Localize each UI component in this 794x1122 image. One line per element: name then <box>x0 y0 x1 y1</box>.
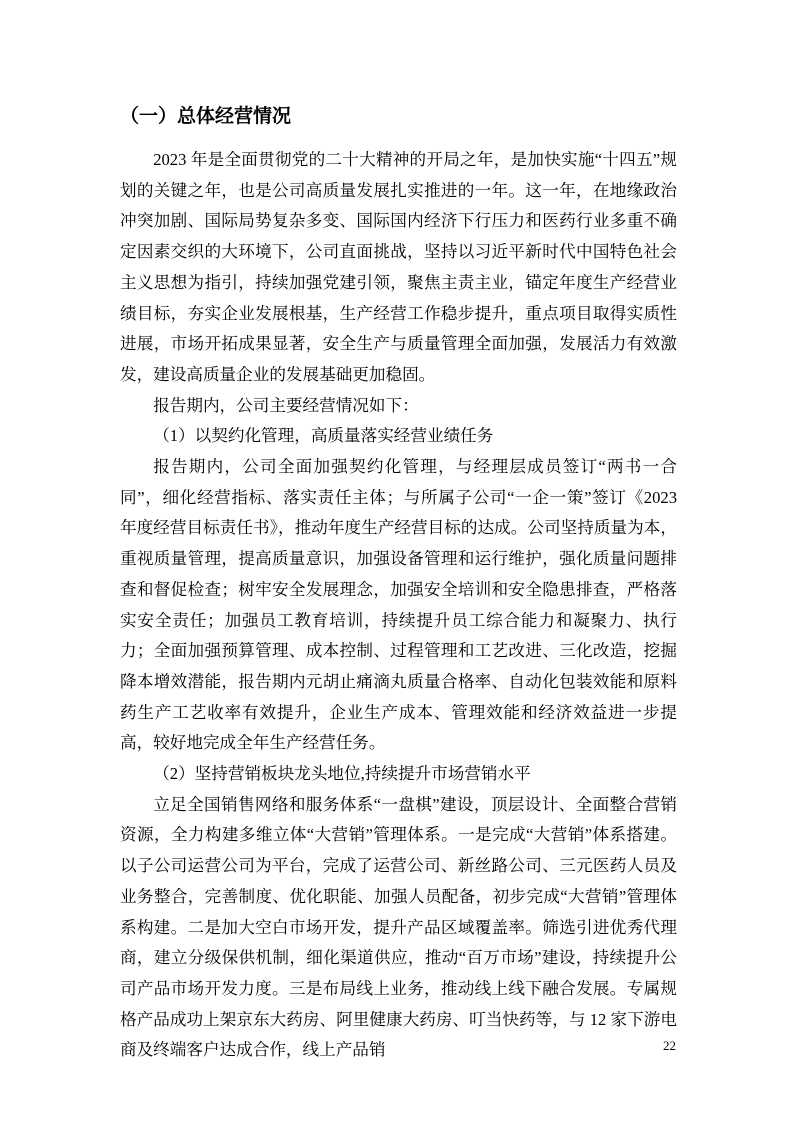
subheading-item-2: （2）坚持营销板块龙头地位,持续提升市场营销水平 <box>120 759 677 790</box>
paragraph-item-1-body: 报告期内，公司全面加强契约化管理，与经理层成员签订“两书一合同”，细化经营指标、… <box>120 452 677 759</box>
section-heading: （一）总体经营情况 <box>120 104 677 130</box>
paragraph-report-intro: 报告期内，公司主要经营情况如下： <box>120 391 677 422</box>
page-number: 22 <box>663 1037 676 1055</box>
paragraph-overview: 2023 年是全面贯彻党的二十大精神的开局之年，是加快实施“十四五”规划的关键之… <box>120 145 677 391</box>
document-page: （一）总体经营情况 2023 年是全面贯彻党的二十大精神的开局之年，是加快实施“… <box>0 0 794 1122</box>
paragraph-item-2-body: 立足全国销售网络和服务体系“一盘棋”建设，顶层设计、全面整合营销资源，全力构建多… <box>120 790 677 1066</box>
page-content: （一）总体经营情况 2023 年是全面贯彻党的二十大精神的开局之年，是加快实施“… <box>120 104 677 1066</box>
subheading-item-1: （1）以契约化管理，高质量落实经营业绩任务 <box>120 421 677 452</box>
